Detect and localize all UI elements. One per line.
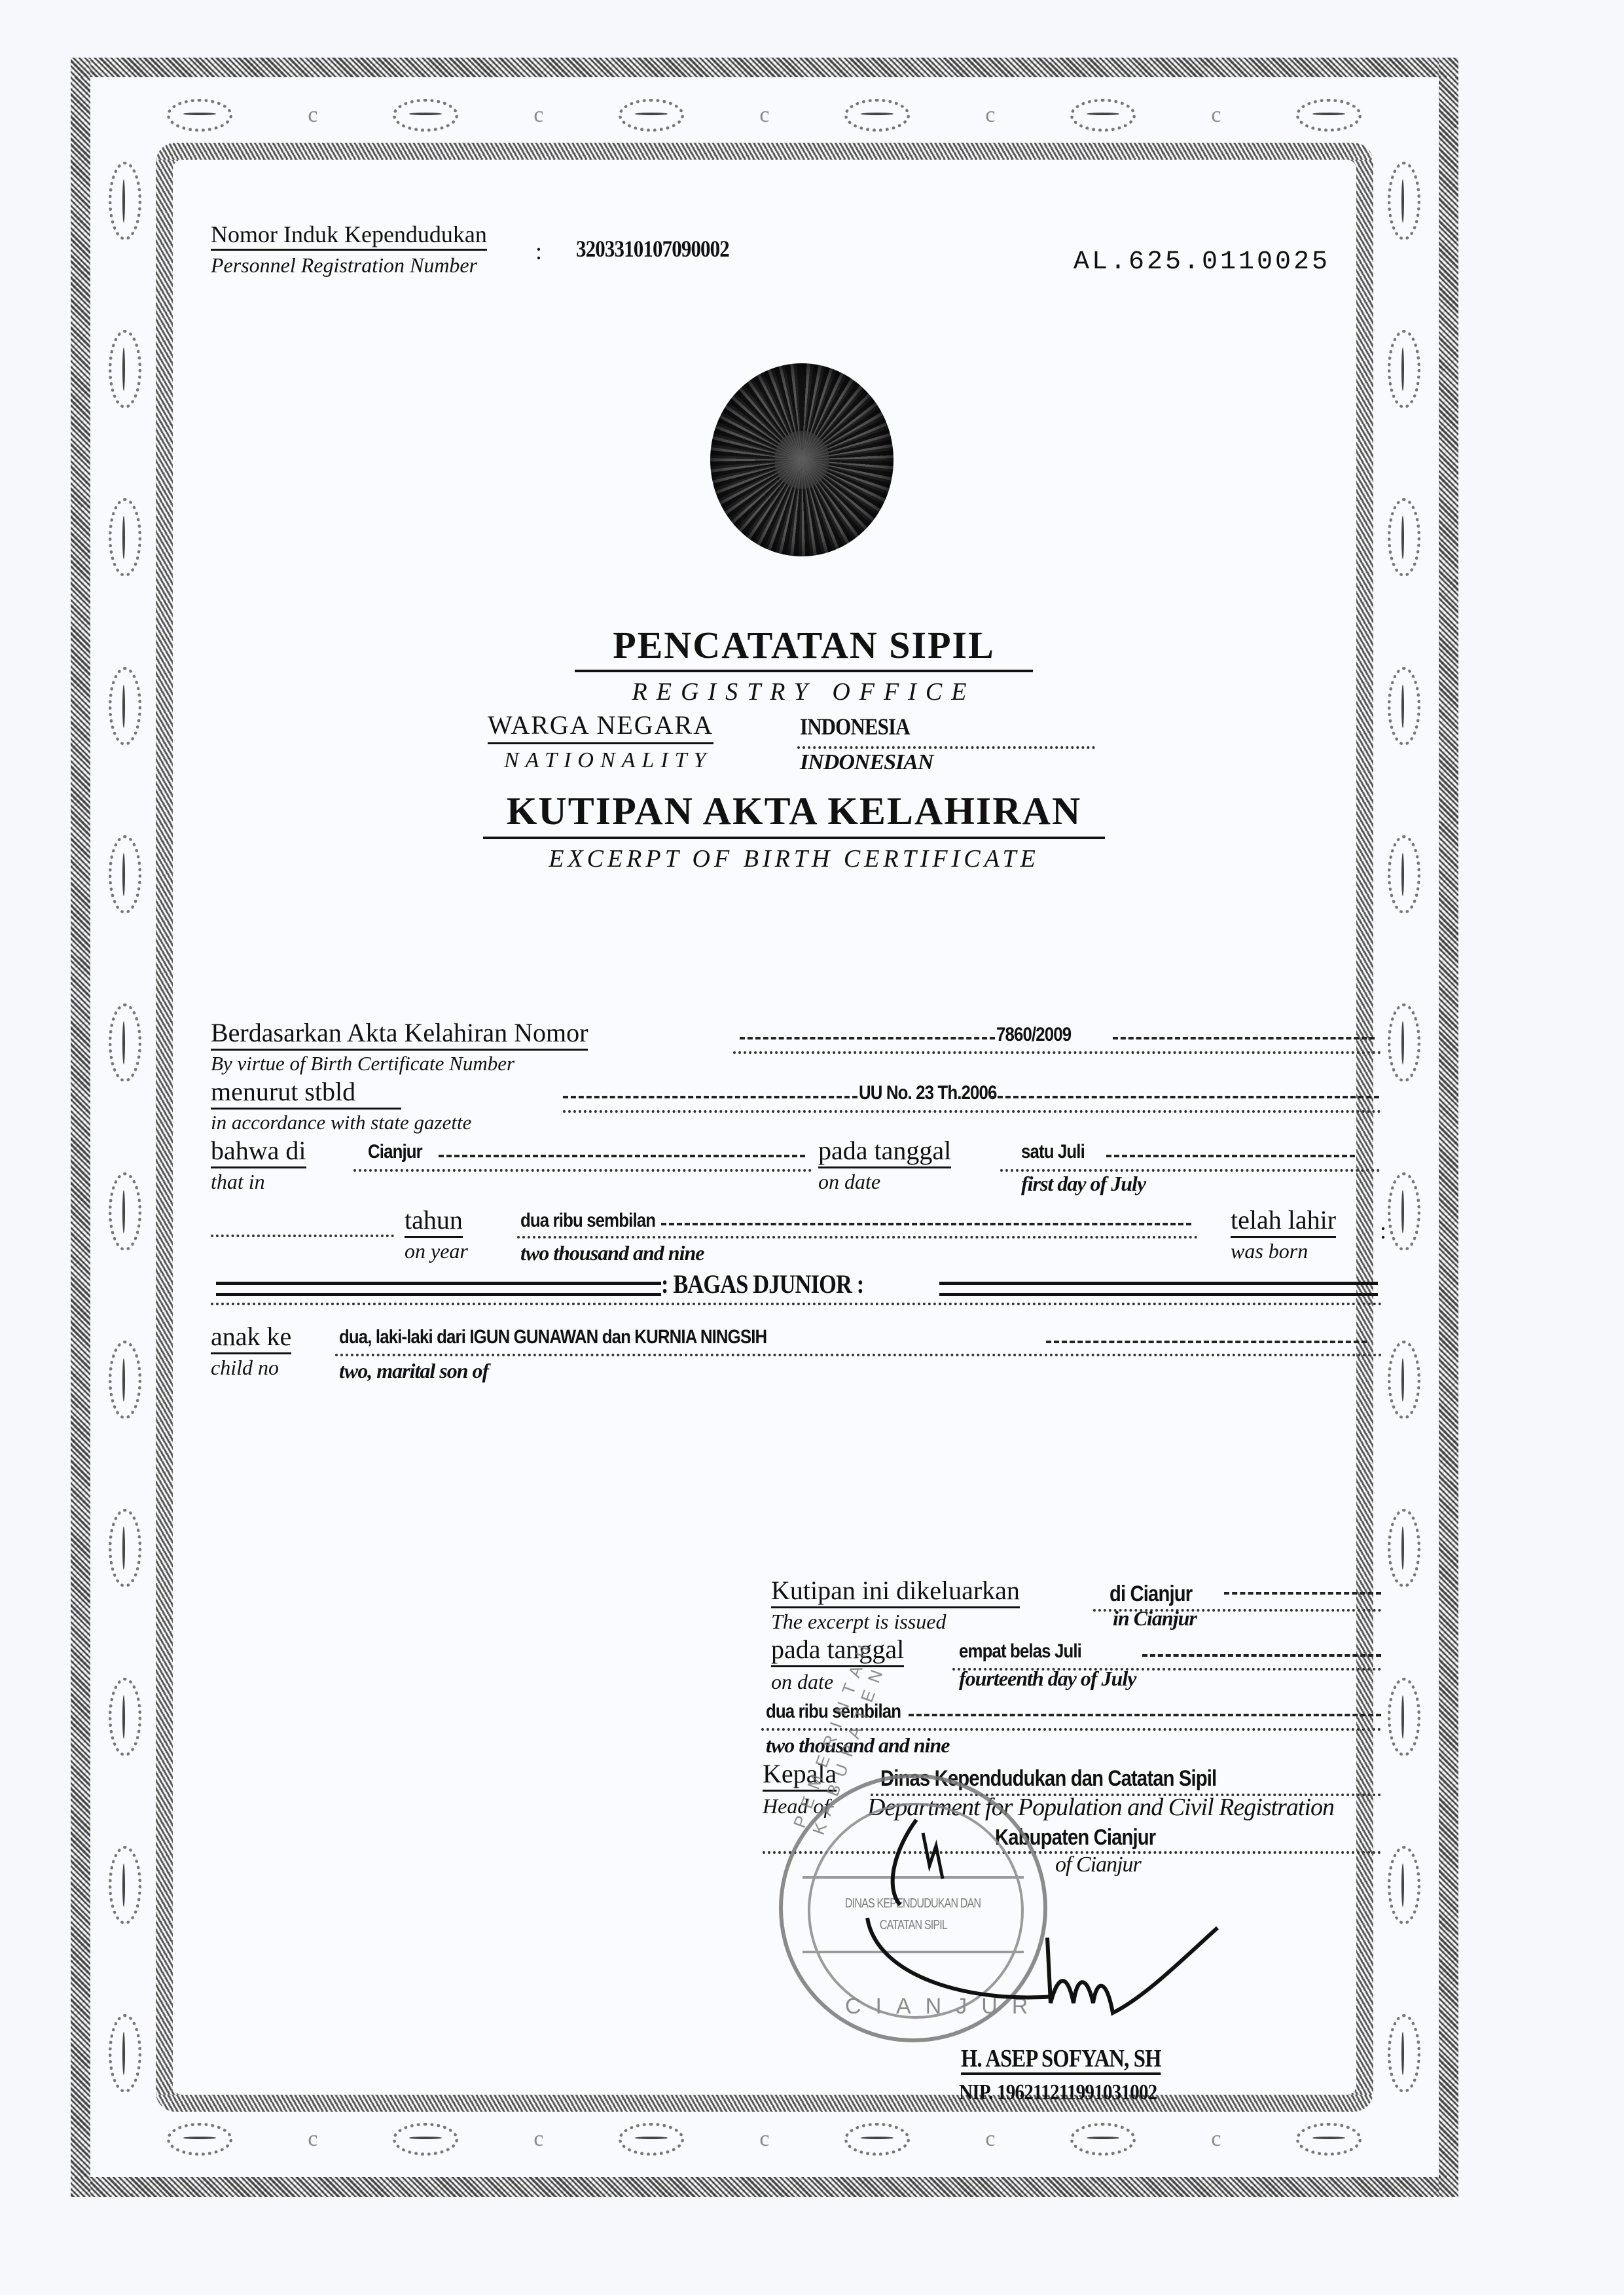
office-title-block: PENCATATAN SIPIL REGISTRY OFFICE [575, 623, 1033, 706]
place-dotline [353, 1169, 812, 1172]
born-label-block: telah lahir was born [1231, 1207, 1336, 1261]
child-no-label-block: anak ke child no [211, 1324, 291, 1378]
cert-number-label-block: Berdasarkan Akta Kelahiran Nomor By virt… [211, 1020, 588, 1074]
place-dash [439, 1155, 805, 1157]
gazette-label: menurut stbld [211, 1079, 401, 1110]
child-name: : BAGAS DJUNIOR : [661, 1271, 863, 1297]
cert-number-value: 7860/2009 [996, 1025, 1071, 1045]
border-ornament-left [102, 117, 148, 2138]
cert-number-dash-right [1113, 1037, 1375, 1039]
child-no-dotline [335, 1354, 1382, 1356]
born-label: telah lahir [1231, 1207, 1336, 1238]
date-dash [1106, 1155, 1355, 1157]
gazette-dotline [563, 1110, 1381, 1113]
nationality-label-block: WARGA NEGARA NATIONALITY [488, 712, 713, 772]
issued-place-dash [1224, 1592, 1381, 1595]
year-label-block: tahun on year [405, 1207, 468, 1261]
gazette-dash-left [563, 1096, 857, 1098]
cert-number-label-en: By virtue of Birth Certificate Number [211, 1053, 588, 1074]
issued-date-value: empat belas Juli [959, 1642, 1081, 1661]
border-ornament-top: ccccc [130, 96, 1399, 135]
child-no-label-en: child no [211, 1357, 291, 1378]
nik-label: Nomor Induk Kependudukan [211, 223, 487, 251]
nik-value: 3203310107090002 [576, 237, 729, 261]
nationality-value-en: INDONESIAN [800, 751, 933, 774]
child-no-value: dua, laki-laki dari IGUN GUNAWAN dan KUR… [339, 1328, 767, 1347]
cert-number-dotline [733, 1051, 1381, 1054]
date-value: satu Juli [1021, 1142, 1085, 1162]
child-no-dash [1046, 1341, 1367, 1343]
child-no-value-en: two, marital son of [339, 1360, 488, 1381]
child-name-rule-right [939, 1282, 1378, 1296]
date-label-en: on date [818, 1171, 951, 1192]
office-title: PENCATATAN SIPIL [575, 623, 1033, 672]
issued-place-en: in Cianjur [1113, 1608, 1197, 1629]
year-label: tahun [405, 1207, 463, 1238]
office-title-en: REGISTRY OFFICE [575, 678, 1033, 706]
official-name: H. ASEP SOFYAN, SH [961, 2046, 1161, 2075]
nik-block: Nomor Induk Kependudukan Personnel Regis… [211, 223, 487, 276]
born-colon: : [1380, 1219, 1386, 1242]
gazette-dash-right [990, 1096, 1379, 1098]
nationality-label: WARGA NEGARA [488, 712, 713, 744]
year-label-en: on year [405, 1240, 468, 1261]
gazette-value: UU No. 23 Th.2006 [859, 1083, 996, 1103]
signature-icon [838, 1807, 1257, 2042]
gazette-label-en: in accordance with state gazette [211, 1112, 471, 1132]
child-name-dotline [211, 1303, 1382, 1305]
serial-number: AL.625.0110025 [1074, 247, 1330, 277]
child-name-rule-left [216, 1282, 661, 1296]
document-title: KUTIPAN AKTA KELAHIRAN [483, 789, 1105, 839]
document-title-en: EXCERPT OF BIRTH CERTIFICATE [483, 844, 1105, 873]
year-dash [661, 1223, 1191, 1225]
nationality-label-en: NATIONALITY [488, 750, 713, 772]
year-dotline [517, 1236, 1198, 1238]
gazette-label-block: menurut stbld in accordance with state g… [211, 1079, 471, 1132]
document-title-block: KUTIPAN AKTA KELAHIRAN EXCERPT OF BIRTH … [483, 789, 1105, 873]
border-ornament-right [1381, 117, 1427, 2138]
place-label-en: that in [211, 1171, 306, 1192]
date-label: pada tanggal [818, 1138, 951, 1168]
date-label-block: pada tanggal on date [818, 1138, 951, 1192]
border-ornament-bottom: ccccc [130, 2120, 1399, 2159]
year-value-en: two thousand and nine [520, 1242, 704, 1263]
born-label-en: was born [1231, 1240, 1336, 1261]
cert-number-label: Berdasarkan Akta Kelahiran Nomor [211, 1020, 588, 1051]
issued-date-dash [1142, 1654, 1381, 1657]
issued-place: di Cianjur [1110, 1583, 1192, 1605]
nik-label-en: Personnel Registration Number [211, 255, 487, 276]
garuda-seal-icon [710, 363, 893, 556]
year-leading-dotline [211, 1235, 394, 1237]
nationality-value: INDONESIA [800, 715, 910, 738]
issued-date-value-en: fourteenth day of July [959, 1668, 1136, 1689]
nik-separator: : [535, 240, 542, 263]
place-label: bahwa di [211, 1138, 306, 1168]
date-value-en: first day of July [1021, 1173, 1146, 1194]
issued-year-dash [909, 1714, 1381, 1716]
child-no-label: anak ke [211, 1324, 291, 1354]
cert-number-dash-left [740, 1037, 995, 1039]
place-value: Cianjur [368, 1142, 422, 1162]
nationality-dotline [797, 746, 1095, 749]
official-nip: NIP. 196211211991031002 [959, 2082, 1157, 2104]
place-label-block: bahwa di that in [211, 1138, 306, 1192]
year-value: dua ribu sembilan [520, 1211, 655, 1231]
